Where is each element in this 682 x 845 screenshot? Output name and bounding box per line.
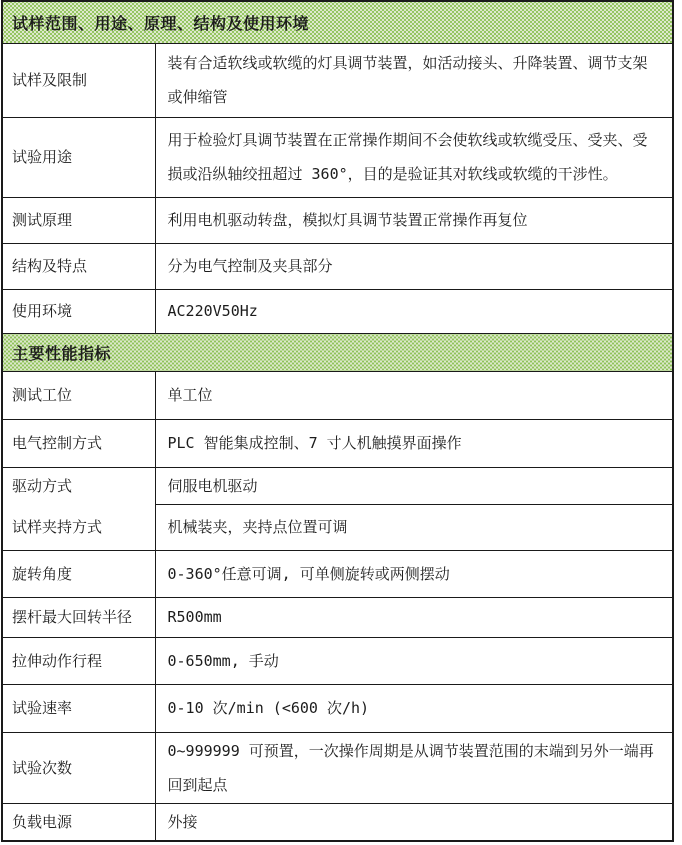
- section-header-row: 主要性能指标: [2, 333, 673, 371]
- row-label-rotation-angle: 旋转角度: [2, 550, 155, 597]
- table-row: 负载电源 外接: [2, 803, 673, 841]
- row-value-max-swing-radius: R500mm: [155, 597, 673, 637]
- row-value-load-power: 外接: [155, 803, 673, 841]
- table-row: 试验次数 0~999999 可预置，一次操作周期是从调节装置范围的末端到另外一端…: [2, 732, 673, 803]
- row-value-test-cycles: 0~999999 可预置，一次操作周期是从调节装置范围的末端到另外一端再回到起点: [155, 732, 673, 803]
- section-header-performance: 主要性能指标: [2, 333, 673, 371]
- table-row: 摆杆最大回转半径 R500mm: [2, 597, 673, 637]
- row-value-structure-features: 分为电气控制及夹具部分: [155, 243, 673, 289]
- table-row: 旋转角度 0-360°任意可调, 可单侧旋转或两侧摆动: [2, 550, 673, 597]
- row-label-max-swing-radius: 摆杆最大回转半径: [2, 597, 155, 637]
- row-label-test-purpose: 试验用途: [2, 117, 155, 197]
- row-value-sample-and-limits: 装有合适软线或软缆的灯具调节装置，如活动接头、升降装置、调节支架或伸缩管: [155, 43, 673, 117]
- table-row: 使用环境 AC220V50Hz: [2, 289, 673, 333]
- table-row: 驱动方式 试样夹持方式 伺服电机驱动: [2, 467, 673, 504]
- row-value-electrical-control: PLC 智能集成控制、7 寸人机触摸界面操作: [155, 419, 673, 467]
- table-row: 拉伸动作行程 0-650mm, 手动: [2, 637, 673, 684]
- section-header-overview: 试样范围、用途、原理、结构及使用环境: [2, 1, 673, 43]
- table-row: 试验速率 0-10 次/min (<600 次/h): [2, 684, 673, 732]
- row-label-test-cycles: 试验次数: [2, 732, 155, 803]
- row-value-test-speed: 0-10 次/min (<600 次/h): [155, 684, 673, 732]
- row-label-stretch-stroke: 拉伸动作行程: [2, 637, 155, 684]
- spec-table: 试样范围、用途、原理、结构及使用环境 试样及限制 装有合适软线或软缆的灯具调节装…: [1, 0, 674, 842]
- row-value-stretch-stroke: 0-650mm, 手动: [155, 637, 673, 684]
- row-label-test-principle: 测试原理: [2, 197, 155, 243]
- spec-document-page: 试样范围、用途、原理、结构及使用环境 试样及限制 装有合适软线或软缆的灯具调节装…: [0, 0, 682, 845]
- row-label-sample-and-limits: 试样及限制: [2, 43, 155, 117]
- row-value-test-purpose: 用于检验灯具调节装置在正常操作期间不会使软线或软缆受压、受夹、受损或沿纵轴绞扭超…: [155, 117, 673, 197]
- table-row: 测试工位 单工位: [2, 371, 673, 419]
- row-value-clamping-mode: 机械装夹，夹持点位置可调: [155, 504, 673, 550]
- row-value-rotation-angle: 0-360°任意可调, 可单侧旋转或两侧摆动: [155, 550, 673, 597]
- row-label-test-speed: 试验速率: [2, 684, 155, 732]
- row-label-clamping-mode: 试样夹持方式: [3, 504, 155, 550]
- table-row: 试验用途 用于检验灯具调节装置在正常操作期间不会使软线或软缆受压、受夹、受损或沿…: [2, 117, 673, 197]
- table-row: 结构及特点 分为电气控制及夹具部分: [2, 243, 673, 289]
- table-row: 测试原理 利用电机驱动转盘，模拟灯具调节装置正常操作再复位: [2, 197, 673, 243]
- row-value-test-stations: 单工位: [155, 371, 673, 419]
- section-header-row: 试样范围、用途、原理、结构及使用环境: [2, 1, 673, 43]
- row-value-drive-mode: 伺服电机驱动: [155, 467, 673, 504]
- row-label-test-stations: 测试工位: [2, 371, 155, 419]
- row-label-structure-features: 结构及特点: [2, 243, 155, 289]
- row-label-operating-environment: 使用环境: [2, 289, 155, 333]
- row-label-merged-drive-clamp: 驱动方式 试样夹持方式: [2, 467, 155, 550]
- table-row: 电气控制方式 PLC 智能集成控制、7 寸人机触摸界面操作: [2, 419, 673, 467]
- row-value-test-principle: 利用电机驱动转盘，模拟灯具调节装置正常操作再复位: [155, 197, 673, 243]
- row-label-load-power: 负载电源: [2, 803, 155, 841]
- row-value-operating-environment: AC220V50Hz: [155, 289, 673, 333]
- table-row: 试样及限制 装有合适软线或软缆的灯具调节装置，如活动接头、升降装置、调节支架或伸…: [2, 43, 673, 117]
- row-label-electrical-control: 电气控制方式: [2, 419, 155, 467]
- row-label-drive-mode: 驱动方式: [3, 468, 155, 504]
